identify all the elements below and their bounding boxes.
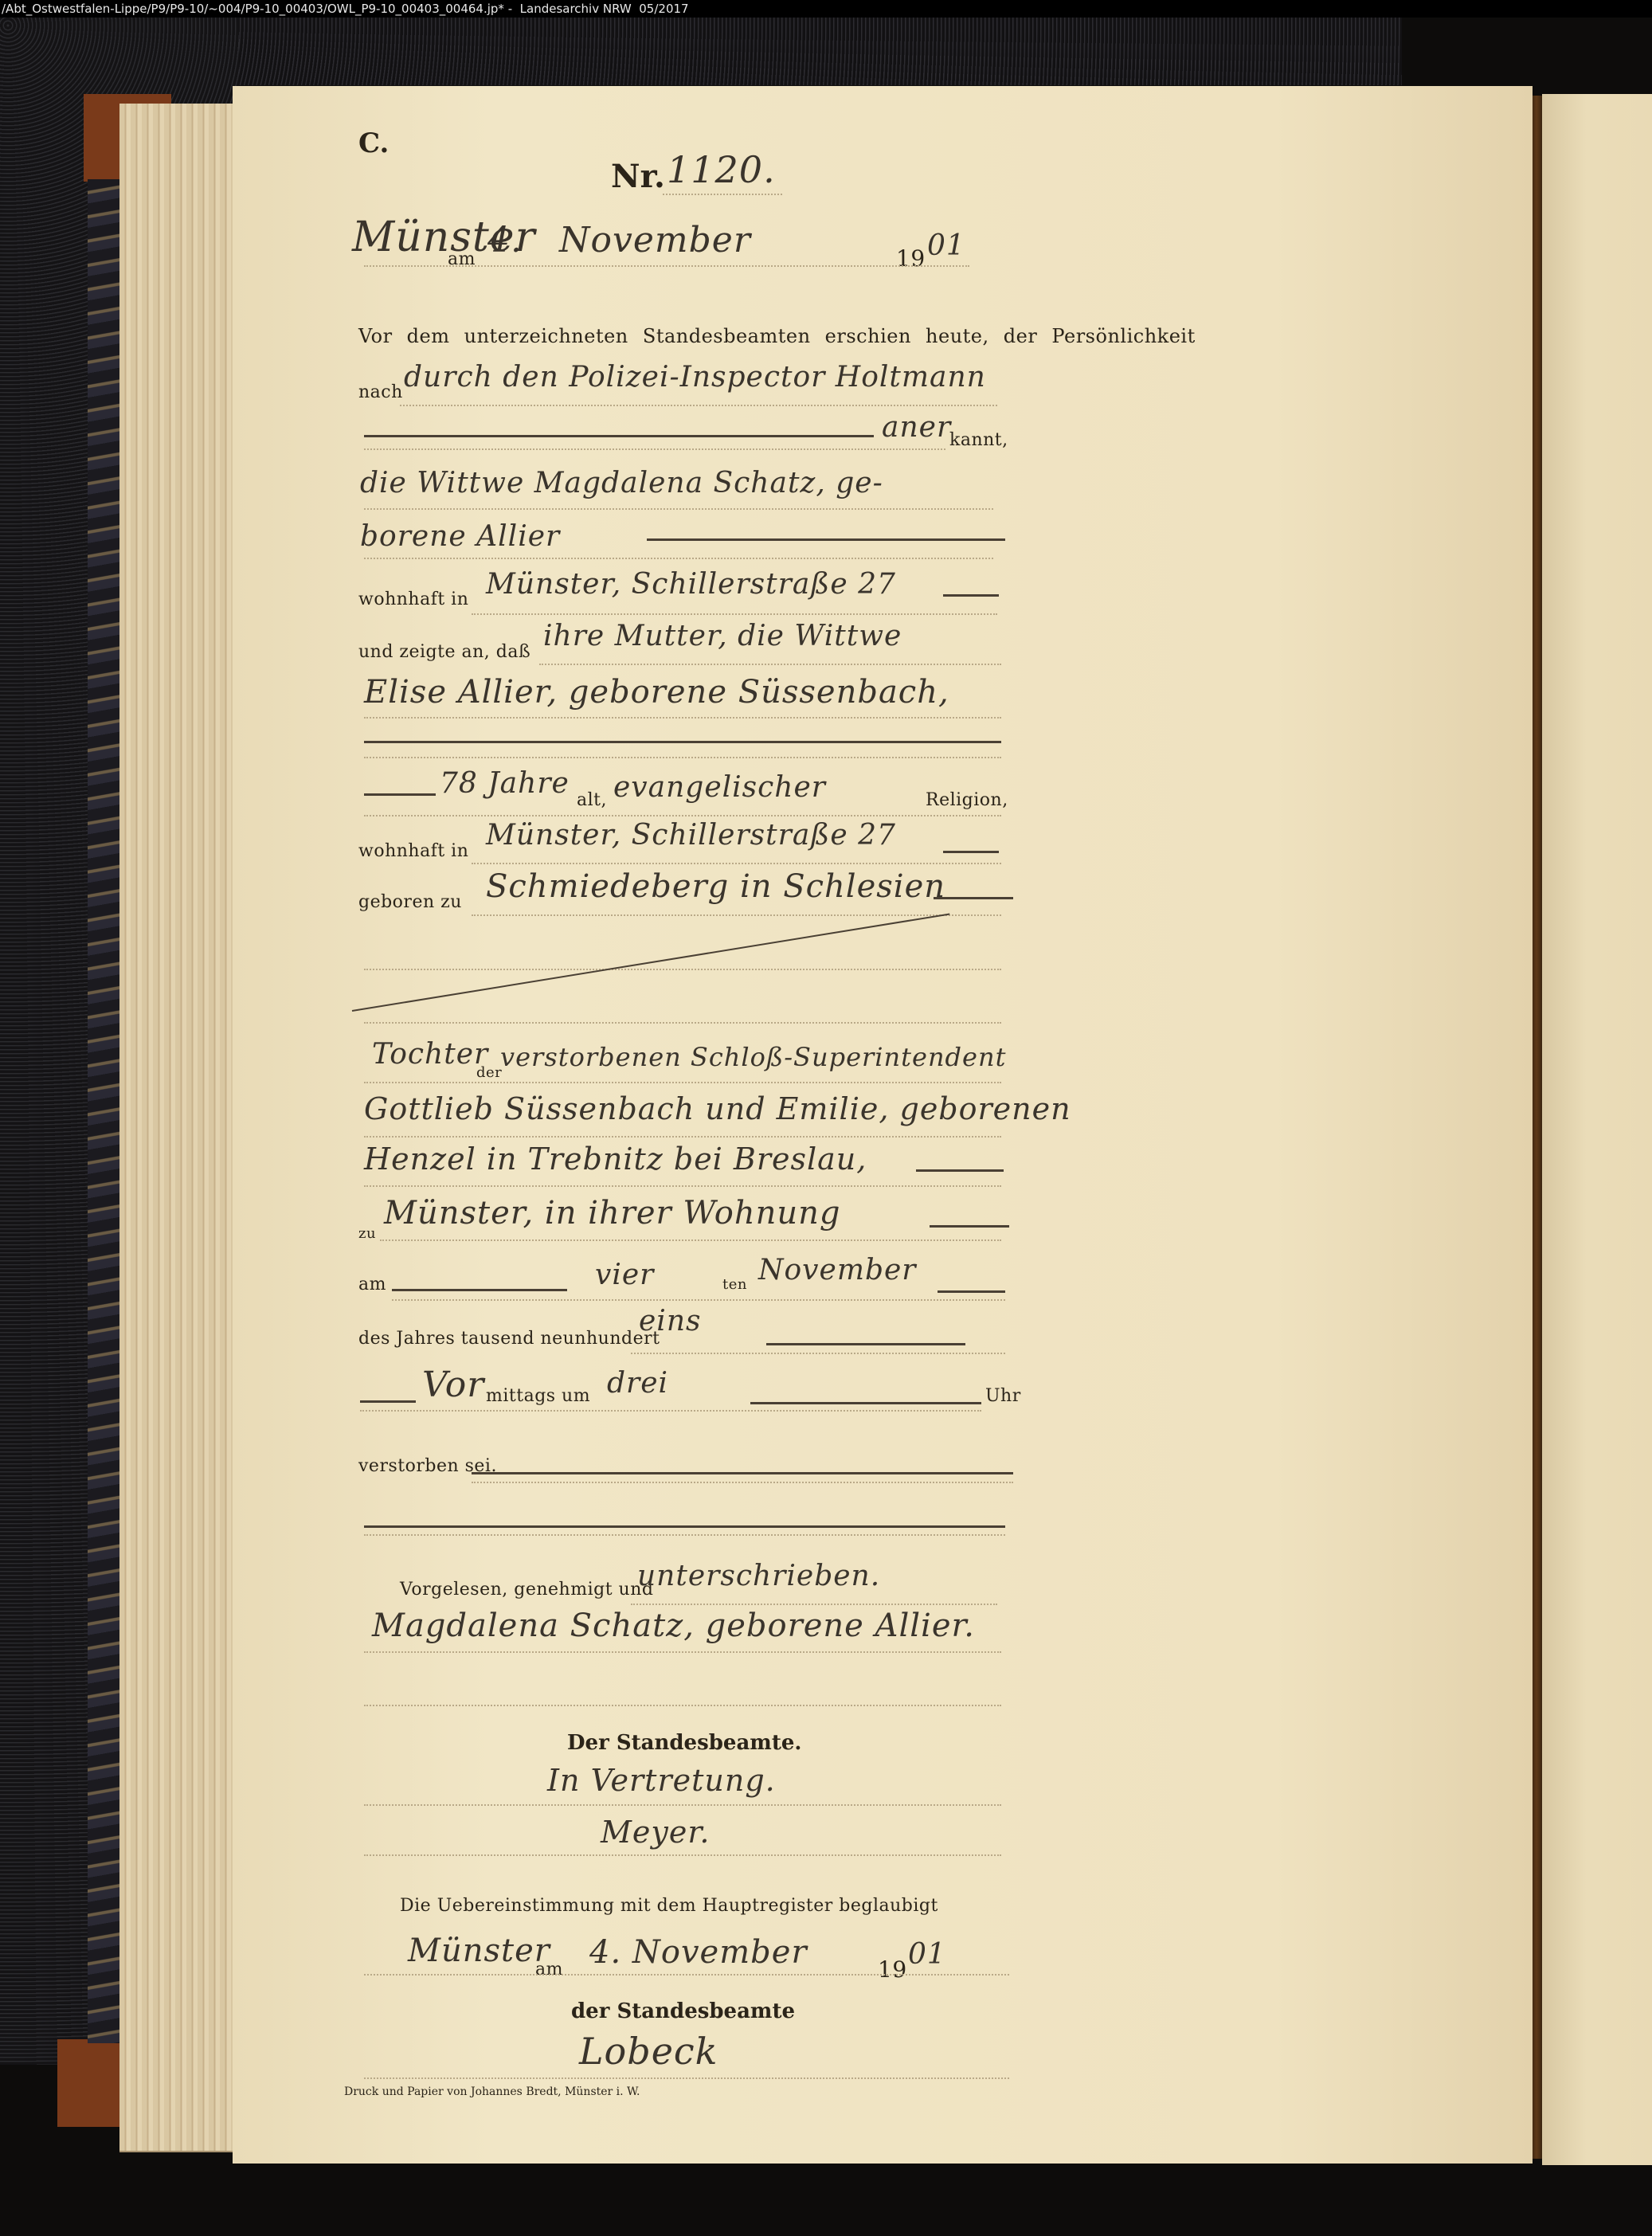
kannt-strike-rule	[364, 435, 874, 437]
deceased-fill-rule	[364, 741, 1001, 743]
nach-label: nach	[358, 382, 403, 402]
closing-rule	[364, 1525, 1005, 1528]
am-fill-rule	[392, 1289, 567, 1291]
cert-dotline	[364, 1974, 1009, 1976]
kannt-dotline	[364, 448, 945, 450]
date-month: November	[559, 220, 751, 260]
deceased-wohnhaft-label: wohnhaft in	[358, 841, 468, 861]
unterschrieben-text: unterschrieben.	[637, 1560, 880, 1592]
religion-value: evangelischer	[613, 771, 826, 804]
parents-line2: Gottlieb Süssenbach und Emilie, geborene…	[364, 1091, 1071, 1126]
strike-through-diagonal	[352, 914, 950, 1012]
register-page: C. Nr. 1120. Münster am 4. November 19 0…	[233, 86, 1533, 2164]
window-title-bar: /Abt_Ostwestfalen-Lippe/P9/P9-10/~004/P9…	[0, 0, 1652, 18]
year-suffix: 01	[927, 229, 965, 262]
deceased-residence-rule	[943, 851, 999, 853]
verstorben-fill-rule	[472, 1472, 1013, 1474]
intro-text: Vor dem unterzeichneten Standesbeamten e…	[358, 325, 1196, 347]
death-day: vier	[595, 1259, 654, 1291]
der-label: der	[476, 1064, 502, 1081]
cert-signature: Lobeck	[579, 2030, 718, 2073]
deceased-dotline2	[364, 757, 1001, 758]
year-dotline	[631, 1353, 1005, 1354]
declarant-line2: borene Allier	[360, 520, 560, 553]
official-sign-line1: In Vertretung.	[547, 1763, 776, 1798]
deceased-line1: ihre Mutter, die Wittwe	[543, 620, 902, 652]
parents-prefix: Tochter	[372, 1038, 488, 1071]
declarant-signature: Magdalena Schatz, geborene Allier.	[372, 1607, 975, 1644]
deceased-dotline	[364, 717, 1001, 719]
month-fill-rule	[938, 1290, 1005, 1293]
number-label: Nr.	[611, 158, 665, 195]
declarant-fill-rule	[647, 538, 1005, 541]
age-value: 78 Jahre	[440, 767, 570, 800]
closing-dotline	[364, 1534, 1005, 1536]
section-letter: C.	[358, 127, 389, 159]
blank-dotline-3	[364, 1705, 1001, 1706]
birthplace-rule	[934, 897, 1013, 899]
parents-dotline1	[364, 1082, 1001, 1083]
parents-rule	[916, 1169, 1004, 1172]
signature-dotline	[364, 1651, 1001, 1653]
official-dotline2	[364, 1854, 1001, 1856]
zeigte-dotline	[539, 664, 1001, 665]
page-edges-stack	[119, 104, 247, 2152]
cert-year-prefix: 19	[878, 1956, 907, 1983]
wohnhaft-label: wohnhaft in	[358, 589, 468, 609]
mittags-label: mittags um	[486, 1386, 590, 1406]
uhr-label: Uhr	[985, 1386, 1021, 1406]
geboren-label: geboren zu	[358, 892, 462, 912]
death-place: Münster, in ihrer Wohnung	[384, 1195, 841, 1232]
number-dotline	[663, 194, 782, 195]
parents-line3: Henzel in Trebnitz bei Breslau,	[364, 1141, 867, 1177]
record-number: 1120.	[667, 148, 776, 191]
parents-dotline3	[364, 1185, 1001, 1187]
certification-text: Die Uebereinstimmung mit dem Hauptregist…	[400, 1896, 938, 1916]
year-fill-rule	[766, 1343, 965, 1345]
cert-official-heading: der Standesbeamte	[571, 1999, 795, 2023]
year-prefix: 19	[896, 245, 926, 272]
am-label-death: am	[358, 1275, 386, 1294]
ten-label: ten	[722, 1276, 747, 1293]
zeigte-label: und zeigte an, daß	[358, 642, 530, 662]
residence-dotline	[472, 613, 997, 615]
birthplace: Schmiedeberg in Schlesien	[486, 868, 945, 905]
age-dotline	[364, 815, 1001, 816]
time-dotline	[360, 1410, 981, 1412]
declarant-line1: die Wittwe Magdalena Schatz, ge-	[360, 467, 883, 499]
death-year-word: eins	[639, 1305, 701, 1337]
deceased-line2: Elise Allier, geborene Süssenbach,	[364, 674, 949, 711]
blank-dotline-1	[364, 969, 1001, 970]
death-date-dotline	[392, 1299, 1005, 1301]
death-month: November	[758, 1254, 917, 1286]
cert-am-label: am	[535, 1960, 563, 1980]
kannt-label: kannt,	[949, 430, 1008, 450]
residence-fill-rule	[943, 594, 999, 597]
ampm-value: Vor	[422, 1365, 484, 1405]
parents-dotline2	[364, 1136, 1001, 1138]
kannt-prefix: aner	[882, 411, 951, 444]
official-sign-line2: Meyer.	[601, 1815, 710, 1850]
zu-label: zu	[358, 1225, 376, 1242]
printer-imprint: Druck und Papier von Johannes Bredt, Mün…	[344, 2085, 640, 2098]
declarant-residence: Münster, Schillerstraße 27	[486, 568, 896, 601]
official-dotline1	[364, 1804, 1001, 1806]
hour-fill-rule	[750, 1402, 981, 1404]
date-dotline	[364, 265, 969, 267]
marbled-board-edge	[88, 179, 119, 2043]
death-hour: drei	[607, 1367, 668, 1400]
blank-dotline-2	[364, 1022, 1001, 1024]
date-day: 4.	[487, 220, 523, 260]
leather-corner-bottom	[57, 2039, 129, 2127]
nach-dotline	[400, 405, 997, 406]
birthplace-dotline	[472, 914, 1001, 916]
official-heading: Der Standesbeamte.	[567, 1731, 801, 1755]
ampm-fill-rule	[360, 1400, 416, 1403]
facing-page	[1542, 94, 1652, 2165]
parents-line1: verstorbenen Schloß-Superintendent	[500, 1042, 1006, 1072]
jahres-label: des Jahres tausend neunhundert	[358, 1329, 660, 1349]
cert-year-suffix: 01	[908, 1938, 946, 1971]
religion-label: Religion,	[926, 790, 1008, 810]
cert-date: 4. November	[589, 1934, 808, 1971]
age-fill-rule	[364, 793, 436, 796]
death-place-rule	[930, 1225, 1009, 1228]
declarant-dotline2	[364, 558, 993, 559]
declarant-dotline1	[364, 508, 993, 510]
book-gutter	[1531, 96, 1542, 2159]
alt-label: alt,	[577, 790, 607, 810]
identified-by: durch den Polizei-Inspector Holtmann	[404, 361, 986, 394]
deceased-residence-dotline	[472, 863, 1001, 864]
vorgelesen-dotline	[631, 1604, 997, 1605]
cert-place: Münster	[408, 1933, 550, 1969]
death-place-dotline	[380, 1239, 1001, 1241]
deceased-residence: Münster, Schillerstraße 27	[486, 819, 896, 852]
cert-sign-dotline	[364, 2077, 1009, 2079]
vorgelesen-label: Vorgelesen, genehmigt und	[400, 1580, 653, 1600]
verstorben-dotline	[472, 1482, 1013, 1483]
